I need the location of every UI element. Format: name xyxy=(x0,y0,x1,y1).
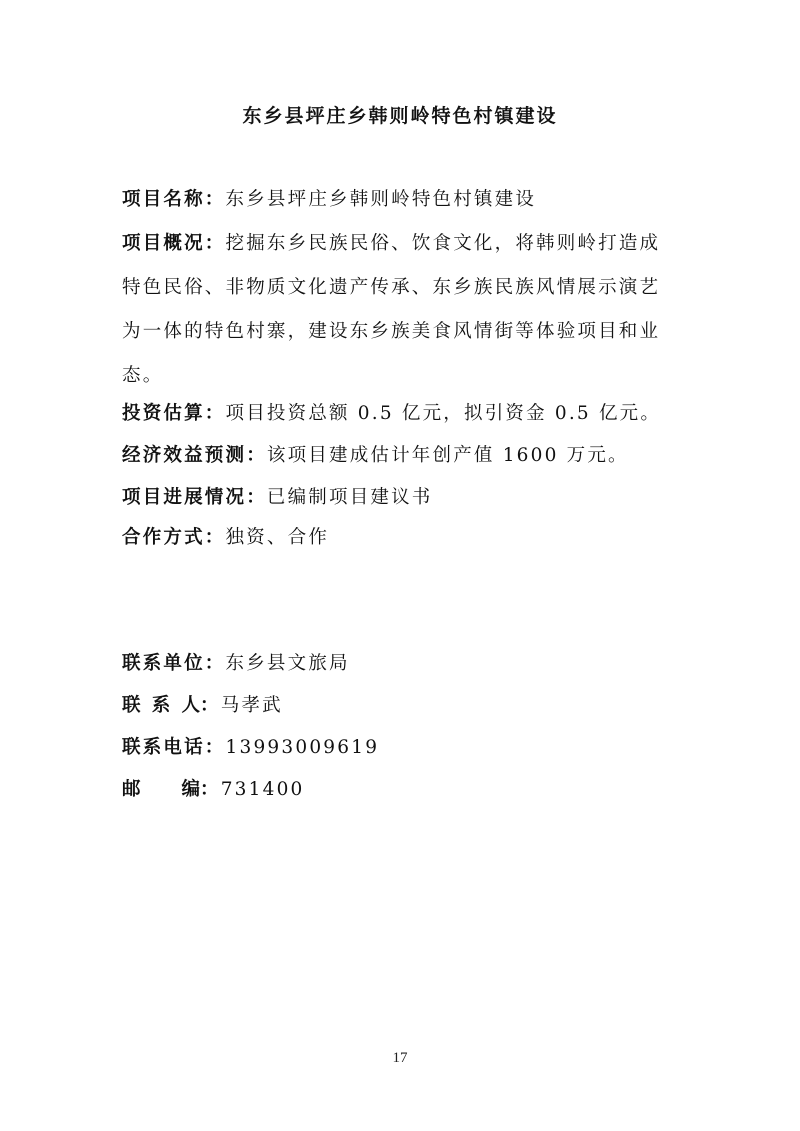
contact-person: 联 系 人：马孝武 xyxy=(122,692,692,720)
field-value: 项目投资总额 0.5 亿元，拟引资金 0.5 亿元。 xyxy=(226,403,662,424)
overview-continuation: 特色民俗、非物质文化遗产传承、东乡族民族风情展示演艺 xyxy=(122,274,692,302)
field-label: 经济效益预测： xyxy=(122,445,267,466)
field-project-name: 项目名称：东乡县坪庄乡韩则岭特色村镇建设 xyxy=(122,186,692,214)
page-number: 17 xyxy=(0,1050,800,1067)
field-investment: 投资估算：项目投资总额 0.5 亿元，拟引资金 0.5 亿元。 xyxy=(122,400,692,428)
document-title: 东乡县坪庄乡韩则岭特色村镇建设 xyxy=(0,100,800,132)
field-value: 独资、合作 xyxy=(226,527,330,548)
field-cooperation: 合作方式：独资、合作 xyxy=(122,524,692,552)
field-value: 马孝武 xyxy=(221,695,283,716)
field-value: 东乡县坪庄乡韩则岭特色村镇建设 xyxy=(226,189,537,210)
field-value: 13993009619 xyxy=(226,737,380,758)
contact-phone: 联系电话：13993009619 xyxy=(122,734,692,762)
contact-unit: 联系单位：东乡县文旅局 xyxy=(122,650,692,678)
field-progress: 项目进展情况：已编制项目建议书 xyxy=(122,484,692,512)
contact-postcode: 邮 编：731400 xyxy=(122,776,692,804)
overview-continuation: 为一体的特色村寨，建设东乡族美食风情街等体验项目和业 xyxy=(122,318,692,346)
field-benefit: 经济效益预测：该项目建成估计年创产值 1600 万元。 xyxy=(122,442,692,470)
field-value: 该项目建成估计年创产值 1600 万元。 xyxy=(267,445,629,466)
field-overview: 项目概况：挖掘东乡民族民俗、饮食文化，将韩则岭打造成 xyxy=(122,230,692,258)
field-label: 投资估算： xyxy=(122,403,226,424)
field-value: 东乡县文旅局 xyxy=(226,653,350,674)
field-label: 联 系 人 xyxy=(122,692,200,720)
field-label: 项目名称： xyxy=(122,189,226,210)
field-label: 项目进展情况： xyxy=(122,487,267,508)
field-label: 联系单位： xyxy=(122,653,226,674)
field-value: 挖掘东乡民族民俗、饮食文化，将韩则岭打造成 xyxy=(226,233,661,254)
overview-continuation: 态。 xyxy=(122,362,692,390)
field-label: 项目概况： xyxy=(122,233,226,254)
field-value: 731400 xyxy=(221,779,305,800)
field-label: 合作方式： xyxy=(122,527,226,548)
field-label: 邮 编 xyxy=(122,776,200,804)
field-value: 已编制项目建议书 xyxy=(267,487,433,508)
field-label: 联系电话： xyxy=(122,737,226,758)
